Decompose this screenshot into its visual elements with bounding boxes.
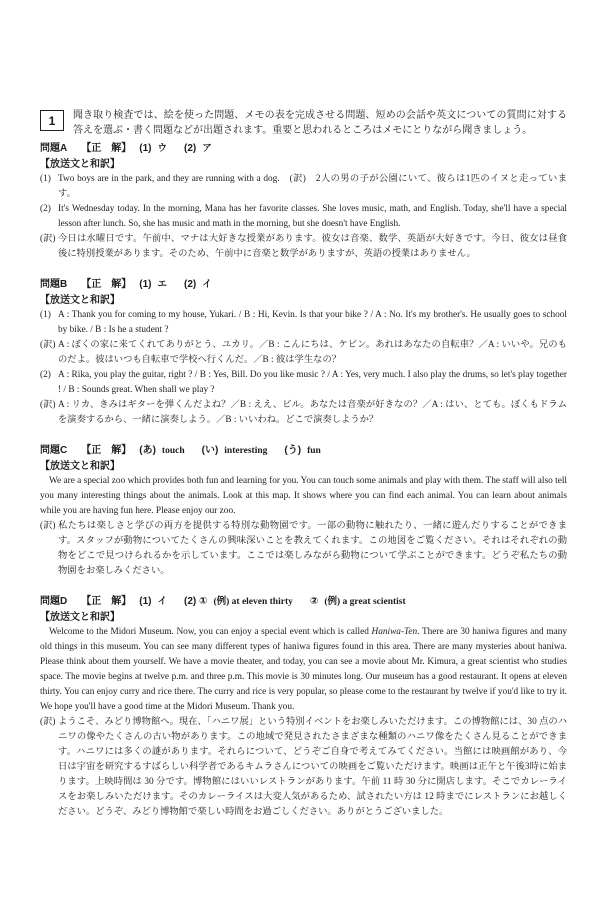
transcript-line: (2) It's Wednesday today. In the morning…: [40, 202, 567, 232]
correct-answer-label: 【正 解】: [81, 141, 131, 156]
transcript-line: (訳) A : リカ、きみはギターを弾くんだよね？／B : ええ、ビル。あなたは…: [40, 398, 567, 428]
section-number: 1: [49, 114, 56, 128]
section-title: 問題D: [40, 594, 67, 609]
answer-row: 問題A 【正 解】 (1) ウ (2) ア: [40, 141, 567, 157]
answer: (2) イ: [184, 277, 212, 293]
english-paragraph: Welcome to the Midori Museum. Now, you c…: [40, 625, 567, 715]
section-problem-b: 問題B 【正 解】 (1) エ (2) イ 【放送文と和訳】 (1) A : T…: [40, 277, 567, 428]
answer: (2) ア: [184, 141, 212, 157]
intro-row: 1 聞き取り検査では、絵を使った問題、メモの表を完成させる問題、短めの会話や英文…: [40, 108, 567, 138]
answer-number: (2): [184, 277, 196, 292]
correct-answer-label: 【正 解】: [81, 277, 131, 292]
answer: (あ) touch: [139, 443, 184, 459]
answer-value: (例) at eleven thirty: [213, 595, 292, 610]
answer-value: touch: [162, 444, 185, 459]
answer: (1) エ: [139, 277, 167, 293]
transcript-heading: 【放送文と和訳】: [40, 610, 567, 625]
intro-text: 聞き取り検査では、絵を使った問題、メモの表を完成させる問題、短めの会話や英文につ…: [73, 108, 567, 138]
line-text: 今日は水曜日です。午前中、マナは大好きな授業があります。彼女は音楽、数学、英語が…: [58, 234, 567, 259]
transcript-heading: 【放送文と和訳】: [40, 293, 567, 308]
answer-number: (2): [184, 141, 196, 156]
section-problem-a: 問題A 【正 解】 (1) ウ (2) ア 【放送文と和訳】 (1) Two b…: [40, 141, 567, 262]
transcript-line: (2) A : Rika, you play the guitar, right…: [40, 368, 567, 398]
answer: (い) interesting: [202, 443, 268, 459]
transcript-line: (1) Two boys are in the park, and they a…: [40, 172, 567, 202]
answer-number: (あ): [139, 443, 156, 458]
line-text: Two boys are in the park, and they are r…: [58, 174, 567, 199]
transcript-line: (訳) 私たちは楽しさと学びの両方を提供する特別な動物園です。一部の動物に触れた…: [40, 519, 567, 579]
answer-number: ②: [310, 594, 318, 609]
line-text: It's Wednesday today. In the morning, Ma…: [58, 204, 567, 229]
answer-value: (例) a great scientist: [324, 595, 405, 610]
line-prefix: (2): [40, 202, 51, 217]
answer: (2) ① (例) at eleven thirty: [184, 594, 293, 610]
transcript-line: (訳) 今日は水曜日です。午前中、マナは大好きな授業があります。彼女は音楽、数学…: [40, 232, 567, 262]
answer-value: fun: [307, 444, 321, 459]
answer-number: (う): [284, 443, 301, 458]
line-text: A : ぼくの家に来てくれてありがとう、ユカリ。／B : こんにちは、ケビン。あ…: [58, 340, 567, 365]
paragraph-text: We are a special zoo which provides both…: [40, 476, 567, 516]
section-problem-d: 問題D 【正 解】 (1) イ (2) ① (例) at eleven thir…: [40, 594, 567, 820]
answer-number: (1): [139, 141, 151, 156]
line-prefix: (1): [40, 308, 51, 323]
line-text: A : Rika, you play the guitar, right ? /…: [58, 370, 567, 395]
line-text: A : リカ、きみはギターを弾くんだよね？／B : ええ、ビル。あなたは音楽が好…: [58, 400, 567, 425]
line-text: A : Thank you for coming to my house, Yu…: [58, 310, 567, 335]
line-text: ようこそ、みどり博物館へ。現在、「ハニワ展」という特別イベントをお楽しみいただけ…: [58, 717, 567, 817]
section-title: 問題B: [40, 277, 67, 292]
line-prefix: (訳): [40, 338, 56, 353]
section-problem-c: 問題C 【正 解】 (あ) touch (い) interesting (う) …: [40, 443, 567, 579]
line-prefix: (1): [40, 172, 51, 187]
answer-value: ア: [202, 142, 212, 157]
answer-number: (1): [139, 277, 151, 292]
answer: ② (例) a great scientist: [310, 594, 406, 610]
answer-row: 問題C 【正 解】 (あ) touch (い) interesting (う) …: [40, 443, 567, 459]
answer: (う) fun: [284, 443, 320, 459]
line-prefix: (訳): [40, 715, 56, 730]
answer-row: 問題D 【正 解】 (1) イ (2) ① (例) at eleven thir…: [40, 594, 567, 610]
paragraph-text: . There are 30 haniwa figures and many o…: [40, 627, 567, 712]
paragraph-text: Welcome to the Midori Museum. Now, you c…: [49, 627, 372, 637]
answer-value: イ: [157, 595, 167, 610]
answer-value: interesting: [224, 444, 267, 459]
line-prefix: (2): [40, 368, 51, 383]
answer-number: (2) ①: [184, 594, 207, 609]
english-paragraph: We are a special zoo which provides both…: [40, 474, 567, 519]
transcript-line: (1) A : Thank you for coming to my house…: [40, 308, 567, 338]
answer-number: (1): [139, 594, 151, 609]
section-number-box: 1: [40, 110, 64, 131]
answer: (1) ウ: [139, 141, 167, 157]
line-prefix: (訳): [40, 519, 56, 534]
correct-answer-label: 【正 解】: [81, 443, 131, 458]
event-name-italic: Haniwa-Ten: [372, 627, 418, 637]
answer-value: ウ: [157, 142, 167, 157]
answer-row: 問題B 【正 解】 (1) エ (2) イ: [40, 277, 567, 293]
answer-value: イ: [202, 278, 212, 293]
section-title: 問題A: [40, 141, 67, 156]
line-prefix: (訳): [40, 232, 56, 247]
line-prefix: (訳): [40, 398, 56, 413]
answer-key-page: 1 聞き取り検査では、絵を使った問題、メモの表を完成させる問題、短めの会話や英文…: [0, 0, 600, 900]
line-text: 私たちは楽しさと学びの両方を提供する特別な動物園です。一部の動物に触れたり、一緒…: [58, 521, 567, 576]
answer: (1) イ: [139, 594, 167, 610]
transcript-line: (訳) ようこそ、みどり博物館へ。現在、「ハニワ展」という特別イベントをお楽しみ…: [40, 715, 567, 820]
answer-value: エ: [157, 278, 167, 293]
answer-number: (い): [202, 443, 219, 458]
section-title: 問題C: [40, 443, 67, 458]
transcript-line: (訳) A : ぼくの家に来てくれてありがとう、ユカリ。／B : こんにちは、ケ…: [40, 338, 567, 368]
transcript-heading: 【放送文と和訳】: [40, 157, 567, 172]
transcript-heading: 【放送文と和訳】: [40, 459, 567, 474]
correct-answer-label: 【正 解】: [81, 594, 131, 609]
page-content: 1 聞き取り検査では、絵を使った問題、メモの表を完成させる問題、短めの会話や英文…: [40, 108, 567, 820]
